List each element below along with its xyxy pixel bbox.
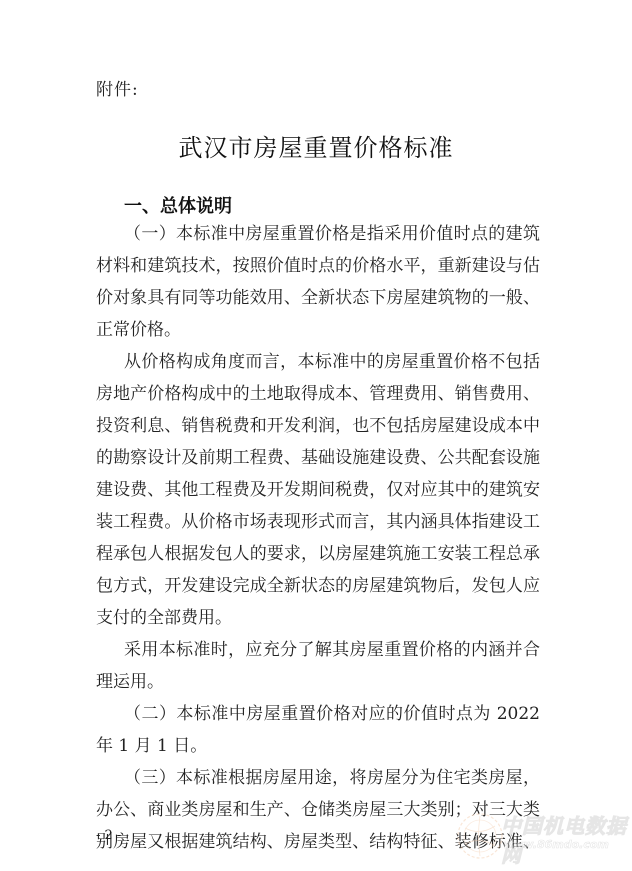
text-line: 支付的全部费用。 xyxy=(96,606,540,630)
text-line: 程承包人根据发包人的要求，以房屋建筑施工安装工程总承 xyxy=(96,542,540,566)
text-line: （三）本标准根据房屋用途，将房屋分为住宅类房屋， xyxy=(124,766,540,790)
text-line: 理运用。 xyxy=(96,670,540,694)
text-line: 包方式，开发建设完成全新状态的房屋建筑物后，发包人应 xyxy=(96,574,540,598)
text-line: 装工程费。从价格市场表现形式而言，其内涵具体指建设工 xyxy=(96,510,540,534)
text-line: 的勘察设计及前期工程费、基础设施建设费、公共配套设施 xyxy=(96,446,540,470)
text-line: 价对象具有同等功能效用、全新状态下房屋建筑物的一般、 xyxy=(96,286,540,310)
section-heading: 一、总体说明 xyxy=(124,192,232,218)
text-line: 采用本标准时，应充分了解其房屋重置价格的内涵并合 xyxy=(124,638,540,662)
text-line: 从价格构成角度而言，本标准中的房屋重置价格不包括 xyxy=(124,350,540,374)
text-line: （一）本标准中房屋重置价格是指采用价值时点的建筑 xyxy=(124,222,540,246)
text-line: 房地产价格构成中的土地取得成本、管理费用、销售费用、 xyxy=(96,382,540,406)
text-line: 正常价格。 xyxy=(96,318,540,342)
text-line: 建设费、其他工程费及开发期间税费，仅对应其中的建筑安 xyxy=(96,478,540,502)
watermark: 中国机电数据网 www.86mdo.com xyxy=(455,808,632,868)
text-line: 投资利息、销售税费和开发利润，也不包括房屋建设成本中 xyxy=(96,414,540,438)
attachment-label: 附件: xyxy=(96,75,139,100)
text-line: 材料和建筑技术，按照价值时点的价格水平，重新建设与估 xyxy=(96,254,540,278)
gear-logo-icon xyxy=(455,808,505,864)
watermark-url: www.86mdo.com xyxy=(503,838,609,851)
document-title: 武汉市房屋重置价格标准 xyxy=(0,128,632,163)
document-page: 附件: 武汉市房屋重置价格标准 一、总体说明 （一）本标准中房屋重置价格是指采用… xyxy=(0,0,632,871)
page-number: - 2 - xyxy=(96,828,121,843)
text-line: 年 1 月 1 日。 xyxy=(96,734,540,758)
text-line: （二）本标准中房屋重置价格对应的价值时点为 2022 xyxy=(124,702,540,726)
